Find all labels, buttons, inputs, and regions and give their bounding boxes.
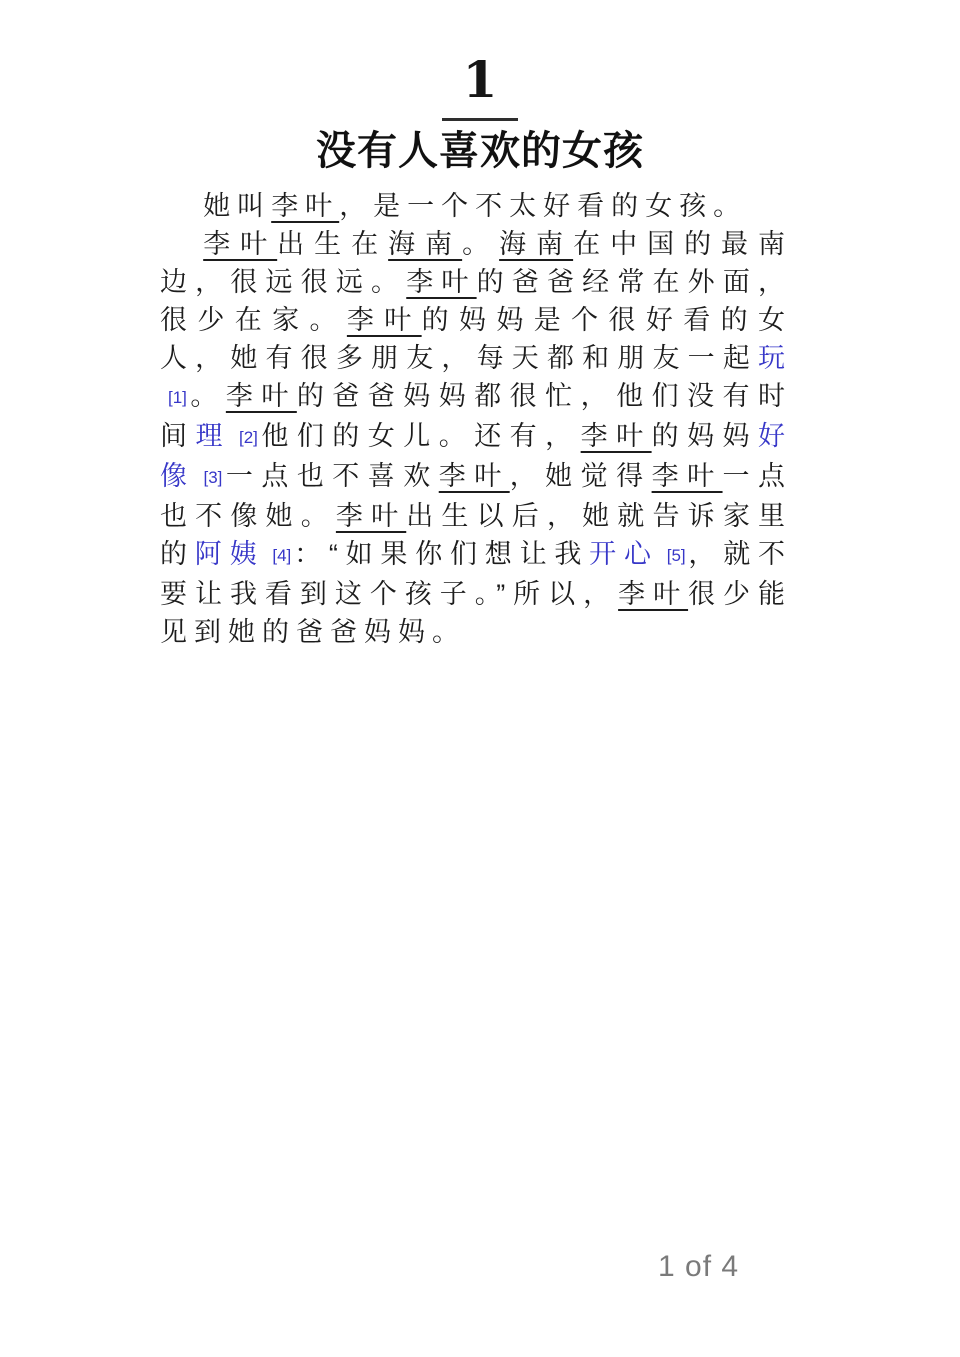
glossary-word-link[interactable]: 理 [195,421,230,451]
text-segment: 他们的女儿。还有， [260,421,581,451]
proper-noun-underlined: 李叶 [347,305,422,335]
book-page: 1 没有人喜欢的女孩 她叫李叶，是一个不太好看的女孩。李叶出生在海南。海南在中国… [0,0,960,1357]
text-segment: ：“如果你们想让我 [293,539,589,569]
text-segment: ，她觉得 [510,461,652,491]
footnote-marker[interactable]: [2] [239,428,258,447]
proper-noun-underlined: 李叶 [203,229,277,259]
footnote-marker[interactable]: [5] [667,546,686,565]
proper-noun-underlined: 李叶 [406,267,476,297]
footnote-marker[interactable]: [3] [203,468,222,487]
text-segment: 她叫 [203,191,271,221]
chapter-title: 没有人喜欢的女孩 [0,129,960,173]
proper-noun-underlined: 李叶 [581,421,652,451]
proper-noun-underlined: 李叶 [336,501,406,531]
text-segment: 一点也不喜欢 [224,461,438,491]
footnote-marker[interactable]: [4] [272,546,291,565]
paragraph: 她叫李叶，是一个不太好看的女孩。 [160,187,792,225]
proper-noun-underlined: 李叶 [271,191,339,221]
text-segment: 。 [189,381,226,411]
footnote-marker[interactable]: [1] [168,388,187,407]
chapter-number: 1 [0,52,960,107]
text-segment: 的妈妈 [652,421,758,451]
text-segment: 出生在 [277,229,388,259]
proper-noun-underlined: 李叶 [618,579,688,609]
glossary-word-link[interactable]: 开心 [589,539,659,569]
proper-noun-underlined: 海南 [499,229,573,259]
proper-noun-underlined: 李叶 [652,461,723,491]
proper-noun-underlined: 海南 [388,229,462,259]
page-indicator: 1 of 4 [658,1250,739,1284]
paragraph: 李叶出生在海南。海南在中国的最南边，很远很远。李叶的爸爸经常在外面，很少在家。李… [160,225,792,651]
chapter-divider [442,118,518,121]
body-text: 她叫李叶，是一个不太好看的女孩。李叶出生在海南。海南在中国的最南边，很远很远。李… [160,187,792,651]
glossary-word-link[interactable]: 阿姨 [195,539,265,569]
text-segment: ，是一个不太好看的女孩。 [339,191,747,221]
proper-noun-underlined: 李叶 [439,461,510,491]
proper-noun-underlined: 李叶 [226,381,297,411]
glossary-word-link[interactable]: 玩 [758,343,792,373]
text-segment: 。 [462,229,499,259]
